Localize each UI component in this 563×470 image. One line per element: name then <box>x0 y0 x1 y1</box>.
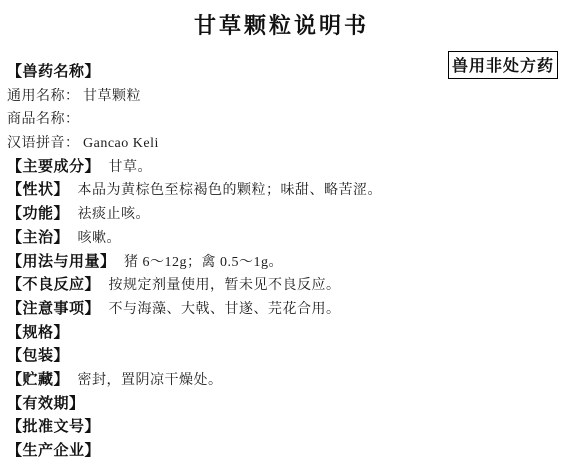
section-label: 【主要成分】 <box>7 159 100 175</box>
doc-line-packaging: 【包装】 <box>7 345 559 369</box>
section-content: 本品为黄棕色至棕褐色的颗粒；味甜、略苦涩。 <box>78 183 383 198</box>
field-label: 汉语拼音： <box>7 136 80 151</box>
field-label: 通用名称： <box>7 89 80 104</box>
doc-line-trade-name: 商品名称： <box>7 108 559 132</box>
doc-line-specification: 【规格】 <box>7 322 559 346</box>
section-label: 【有效期】 <box>7 396 85 412</box>
doc-line-function: 【功能】 祛痰止咳。 <box>7 203 559 227</box>
section-label: 【性状】 <box>7 182 69 198</box>
section-label: 【生产企业】 <box>7 443 100 459</box>
page-title: 甘草颗粒说明书 <box>0 9 563 40</box>
doc-line-drug-name-heading: 【兽药名称】 <box>7 61 559 85</box>
section-label: 【贮藏】 <box>7 372 69 388</box>
section-content: 祛痰止咳。 <box>78 207 151 222</box>
doc-line-pinyin: 汉语拼音： Gancao Keli <box>7 132 559 156</box>
section-label: 【主治】 <box>7 230 69 246</box>
doc-line-description: 【性状】 本品为黄棕色至棕褐色的颗粒；味甜、略苦涩。 <box>7 179 559 203</box>
section-content: 按规定剂量使用，暂未见不良反应。 <box>109 278 341 293</box>
section-label: 【规格】 <box>7 325 69 341</box>
section-label: 【不良反应】 <box>7 277 100 293</box>
document-body: 【兽药名称】 通用名称： 甘草颗粒 商品名称： 汉语拼音： Gancao Kel… <box>7 61 559 464</box>
doc-line-approval-number: 【批准文号】 <box>7 416 559 440</box>
doc-line-dosage: 【用法与用量】 猪 6～12g；禽 0.5～1g。 <box>7 251 559 275</box>
doc-line-generic-name: 通用名称： 甘草颗粒 <box>7 85 559 109</box>
doc-line-manufacturer: 【生产企业】 <box>7 440 559 464</box>
section-label: 【注意事项】 <box>7 301 100 317</box>
doc-line-ingredients: 【主要成分】 甘草。 <box>7 156 559 180</box>
doc-line-precautions: 【注意事项】 不与海藻、大戟、甘遂、芫花合用。 <box>7 298 559 322</box>
field-label: 商品名称： <box>7 112 80 127</box>
document-page: 甘草颗粒说明书 兽用非处方药 【兽药名称】 通用名称： 甘草颗粒 商品名称： 汉… <box>0 0 563 470</box>
section-label: 【功能】 <box>7 206 69 222</box>
doc-line-adverse-reactions: 【不良反应】 按规定剂量使用，暂未见不良反应。 <box>7 274 559 298</box>
section-content: 不与海藻、大戟、甘遂、芫花合用。 <box>109 302 341 317</box>
section-label: 【包装】 <box>7 348 69 364</box>
field-value: 甘草颗粒 <box>83 89 141 104</box>
field-value: Gancao Keli <box>83 136 159 151</box>
doc-line-storage: 【贮藏】 密封，置阴凉干燥处。 <box>7 369 559 393</box>
section-content: 猪 6～12g；禽 0.5～1g。 <box>124 255 283 270</box>
section-label: 【兽药名称】 <box>7 64 100 80</box>
section-content: 咳嗽。 <box>78 231 122 246</box>
doc-line-shelf-life: 【有效期】 <box>7 393 559 417</box>
section-content: 甘草。 <box>109 160 153 175</box>
doc-line-indications: 【主治】 咳嗽。 <box>7 227 559 251</box>
section-label: 【用法与用量】 <box>7 254 116 270</box>
section-content: 密封，置阴凉干燥处。 <box>78 373 223 388</box>
section-label: 【批准文号】 <box>7 419 100 435</box>
